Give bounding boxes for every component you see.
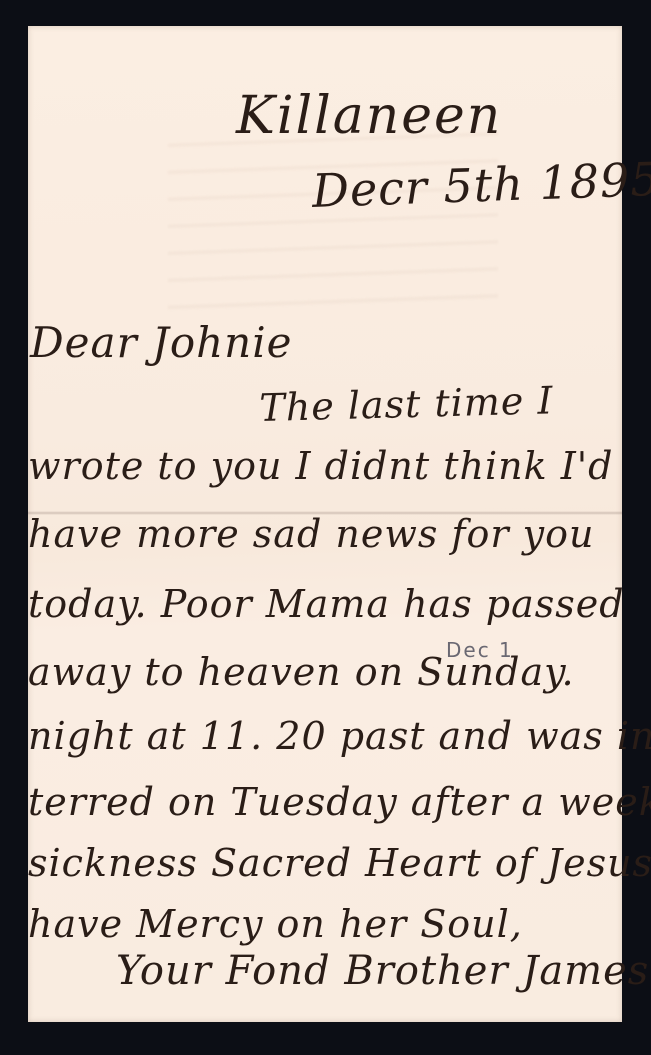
letter-place: Killaneen [236, 86, 502, 146]
letter-signature: Your Fond Brother James [116, 948, 649, 994]
letter-line-2: wrote to you I didnt think I'd [28, 444, 614, 488]
letter-line-4: today. Poor Mama has passed [28, 582, 625, 626]
bleed-through-text [168, 121, 498, 321]
letter-paper: Killaneen Decr 5th 1895 Dear Johnie The … [28, 26, 622, 1022]
letter-date: Decr 5th 1895 [311, 152, 651, 218]
letter-line-7: terred on Tuesday after a weeks [28, 780, 651, 824]
letter-line-6: night at 11. 20 past and was in= [28, 714, 651, 758]
letter-line-3: have more sad news for you [28, 512, 594, 556]
letter-line-5: away to heaven on Sunday. [28, 650, 575, 694]
letter-line-1: The last time I [259, 378, 554, 430]
letter-line-8: sickness Sacred Heart of Jesus [28, 841, 651, 885]
letter-line-9: have Mercy on her Soul, [28, 902, 523, 946]
scan-background: Killaneen Decr 5th 1895 Dear Johnie The … [0, 0, 651, 1055]
letter-salutation: Dear Johnie [30, 318, 293, 367]
